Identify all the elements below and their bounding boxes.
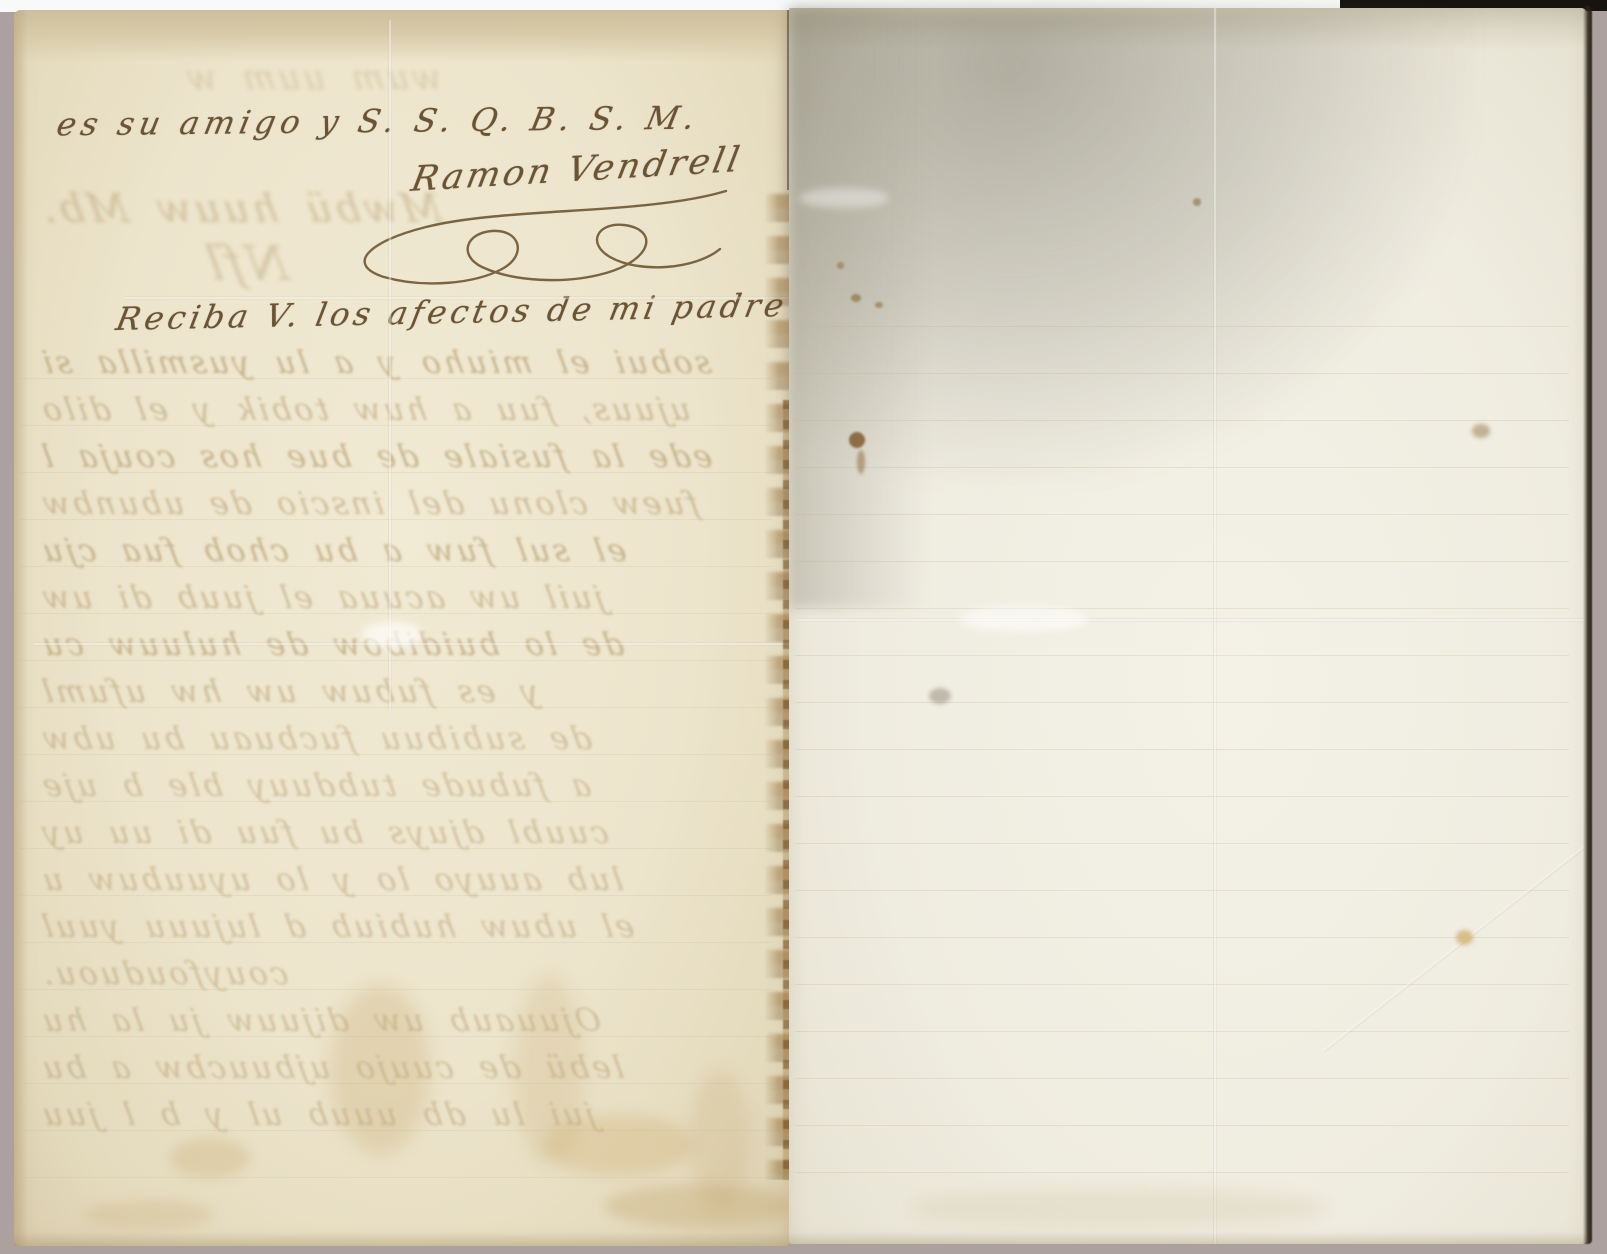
showthrough-line: Nfl bbox=[199, 236, 293, 292]
vertical-fold-crease bbox=[388, 20, 392, 710]
showthrough-line: y es fubuw uw hw ufuml bbox=[36, 669, 776, 716]
showthrough-line: ujuus, fuu a huw tobik y el dilo bbox=[36, 387, 776, 434]
stain bbox=[330, 985, 430, 1155]
showthrough-line: fuew clonu del inscio de ubunbw bbox=[36, 481, 776, 528]
signature-flourish bbox=[306, 185, 736, 285]
page-bottom-edge-shading bbox=[789, 1232, 1587, 1244]
showthrough-line: a fubude tubduuy ble b uje bbox=[36, 763, 776, 810]
page-top-fold-band bbox=[14, 10, 789, 62]
faint-ruling-lines bbox=[795, 280, 1569, 1210]
scanned-letter: wum uum wMwbü huuw Mb.Nfl sobui el miuho… bbox=[0, 0, 1607, 1254]
stain bbox=[544, 1115, 694, 1175]
fox-spot bbox=[851, 294, 861, 302]
fox-spot bbox=[1193, 198, 1201, 206]
fox-spot bbox=[1456, 930, 1473, 945]
page-torn-dark-edge bbox=[1583, 6, 1592, 1244]
paper-wrinkle bbox=[959, 606, 1089, 632]
showthrough-line: el sul fuw a bu chob fua cju bbox=[36, 528, 776, 575]
fox-spot bbox=[849, 432, 865, 448]
showthrough-line: ede la fusiale de bue hos couja l bbox=[36, 434, 776, 481]
fox-spot bbox=[837, 262, 844, 269]
bottom-grime bbox=[909, 1188, 1329, 1228]
showthrough-line: juil uw acuua el juub di uw bbox=[36, 575, 776, 622]
showthrough-line: couyfouduou. bbox=[36, 951, 776, 998]
horizontal-crease bbox=[124, 296, 803, 300]
horizontal-fold-crease bbox=[797, 618, 1583, 622]
letter-page-right bbox=[789, 8, 1587, 1244]
stain bbox=[170, 1138, 250, 1178]
horizontal-crease bbox=[34, 642, 803, 646]
paper-wrinkle bbox=[362, 622, 422, 648]
closing-line: es su amigo y S. S. Q. B. S. M. bbox=[53, 99, 703, 144]
vertical-fold-crease bbox=[1213, 8, 1217, 1244]
showthrough-line: cuubl djuys bu fuu di uu uy bbox=[36, 810, 776, 857]
letter-page-left: wum uum wMwbü huuw Mb.Nfl sobui el miuho… bbox=[14, 10, 789, 1246]
paper-wrinkle bbox=[799, 188, 889, 208]
smudge bbox=[929, 688, 951, 704]
fox-spot bbox=[875, 302, 883, 308]
showthrough-line: sobui el miuho y a lu yusmilla si bbox=[36, 340, 776, 387]
stain bbox=[604, 1185, 794, 1227]
showthrough-line: lub auuyo lo y lo uyuubuw u bbox=[36, 857, 776, 904]
stain bbox=[84, 1200, 214, 1230]
showthrough-line: el ubuw hubiub d lujuuu yuul bbox=[36, 904, 776, 951]
fox-spot bbox=[857, 450, 865, 474]
fox-spot bbox=[1472, 424, 1490, 438]
showthrough-line: de subibuu fucbuau bu ubw bbox=[36, 716, 776, 763]
page-bottom-edge-shading bbox=[14, 1232, 789, 1246]
showthrough-line: wum uum w bbox=[180, 58, 444, 98]
